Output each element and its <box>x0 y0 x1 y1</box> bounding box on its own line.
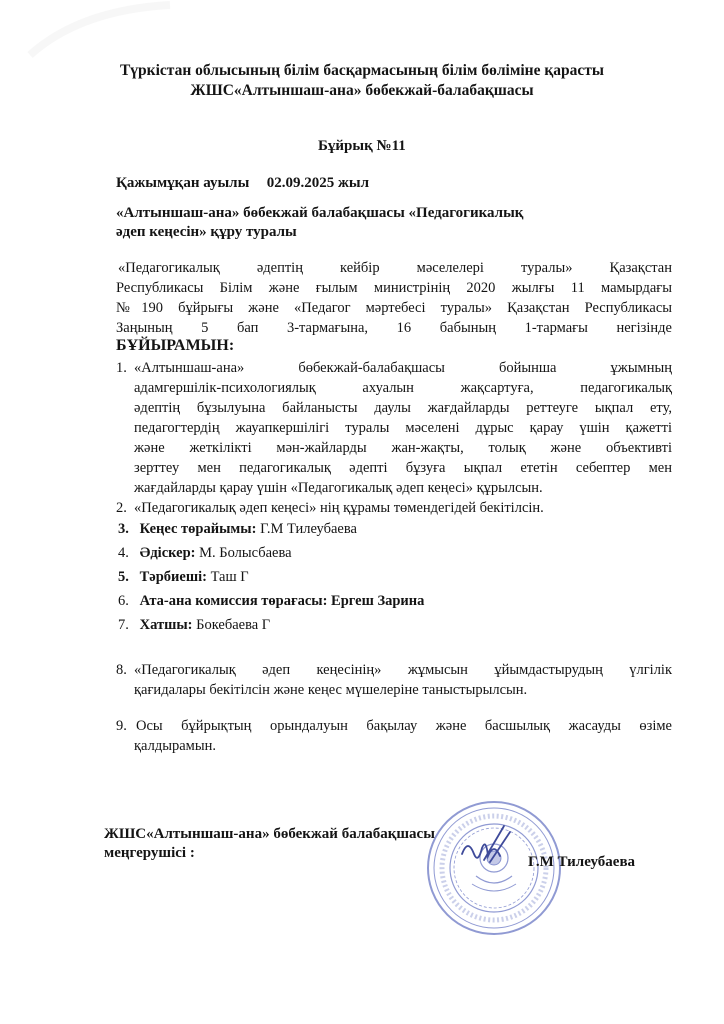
member-role: Кеңес төрайымы: <box>140 521 257 537</box>
item-number: 6. <box>118 593 136 610</box>
preamble-line: №190 бұйрығы және «Педагог мәртебесі тур… <box>116 300 672 317</box>
list-item-4: 4. Әдіскер: М. Болысбаева <box>118 545 292 562</box>
scan-artifact <box>20 0 220 60</box>
member-name: М. Болысбаева <box>199 545 291 561</box>
item-number: 4. <box>118 545 136 562</box>
item-number: 2. <box>116 500 127 517</box>
header-line-2: ЖШС«Алтыншаш-ана» бөбекжай-балабақшасы <box>0 82 724 100</box>
item-number: 1. <box>116 360 127 377</box>
item-number: 7. <box>118 617 136 634</box>
preamble-line: «Педагогикалық әдептің кейбір мәселелері… <box>118 260 672 277</box>
signature-position: меңгерушісі : <box>104 845 195 862</box>
item-line: «Педагогикалық әдеп кеңесінің» жұмысын ұ… <box>134 662 672 679</box>
list-item-6: 6. Ата-ана комиссия төрағасы: Ергеш Зари… <box>118 593 424 610</box>
signature-name: Г.М Тилеубаева <box>528 854 635 871</box>
directive: БҰЙЫРАМЫН: <box>116 337 234 355</box>
member-role: Ата-ана комиссия төрағасы: <box>140 593 328 609</box>
order-subject-line-2: әдеп кеңесін» құру туралы <box>116 224 297 241</box>
item-line: жағдайларды қарау үшін «Педагогикалық әд… <box>134 480 543 497</box>
order-place: Қажымұқан ауылы <box>116 175 249 191</box>
signature-org: ЖШС«Алтыншаш-ана» бөбекжай балабақшасы <box>104 826 435 843</box>
member-name: Ергеш Зарина <box>331 593 424 609</box>
preamble-line: Республикасы Білім және ғылым министріні… <box>116 280 672 297</box>
member-role: Хатшы: <box>140 617 193 633</box>
item-line: Осы бұйрықтың орындалуын бақылау және ба… <box>136 718 672 735</box>
item-number: 5. <box>118 569 136 586</box>
order-place-date: Қажымұқан ауылы 02.09.2025 жыл <box>116 175 369 192</box>
item-line: және жеткілікті мән-жайларды жан-жақты, … <box>134 440 672 457</box>
list-item-5: 5. Тәрбиеші: Таш Г <box>118 569 249 586</box>
item-line: қалдырамын. <box>134 738 216 755</box>
member-name: Г.М Тилеубаева <box>260 521 357 537</box>
item-line: қағидалары бекітілсін және кеңес мүшелер… <box>134 682 527 699</box>
item-line: адамгершілік-психологиялық ахуалын жақса… <box>134 380 672 397</box>
member-role: Әдіскер: <box>140 545 196 561</box>
member-role: Тәрбиеші: <box>140 569 207 585</box>
document-page: Түркістан облысының білім басқармасының … <box>0 0 724 1024</box>
item-line: педагогтердің жауапкершілігі туралы мәсе… <box>134 420 672 437</box>
member-name: Бокебаева Г <box>196 617 270 633</box>
member-name: Таш Г <box>211 569 249 585</box>
header-line-1: Түркістан облысының білім басқармасының … <box>0 62 724 80</box>
item-line: «Алтыншаш-ана» бөбекжай-балабақшасы бойы… <box>134 360 672 377</box>
order-title: Бұйрық №11 <box>318 138 406 155</box>
item-line: зерттеу мен педагогикалық әдепті бұзуға … <box>134 460 672 477</box>
item-number: 8. <box>116 662 127 679</box>
order-date: 02.09.2025 жыл <box>267 175 369 191</box>
preamble-line: Заңының 5 бап 3-тармағына, 16 бабының 1-… <box>116 320 672 337</box>
list-item-3: 3. Кеңес төрайымы: Г.М Тилеубаева <box>118 521 357 538</box>
item-text: «Педагогикалық әдеп кеңесі» нің құрамы т… <box>134 500 544 517</box>
item-number: 3. <box>118 521 136 538</box>
list-item-7: 7. Хатшы: Бокебаева Г <box>118 617 270 634</box>
item-line: әдептің бұзылуына байланысты даулы жағда… <box>134 400 672 417</box>
order-subject-line-1: «Алтыншаш-ана» бөбекжай балабақшасы «Пед… <box>116 205 523 222</box>
item-number: 9. <box>116 718 127 735</box>
